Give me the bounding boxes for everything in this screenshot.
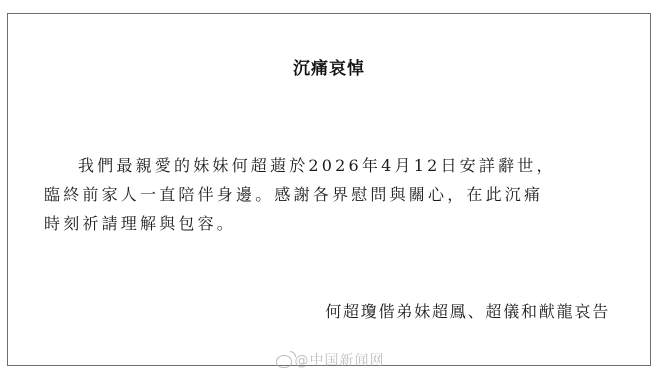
notice-body-line: 臨終前家人一直陪伴身邊。感謝各界慰問與關心，在此沉痛: [44, 180, 624, 209]
notice-body-line: 我們最親愛的妹妹何超蕸於2026年4月12日安詳辭世，: [44, 151, 624, 180]
notice-signature: 何超瓊偕弟妹超鳳、超儀和猷龍哀告: [325, 299, 610, 322]
weibo-icon: [276, 355, 292, 368]
obituary-notice-frame: 沉痛哀悼 我們最親愛的妹妹何超蕸於2026年4月12日安詳辭世， 臨終前家人一直…: [7, 13, 651, 366]
notice-body: 我們最親愛的妹妹何超蕸於2026年4月12日安詳辭世， 臨終前家人一直陪伴身邊。…: [44, 151, 624, 238]
notice-body-line: 時刻祈請理解與包容。: [44, 209, 624, 238]
notice-title: 沉痛哀悼: [8, 54, 650, 79]
watermark-text: @中国新闻网: [295, 353, 385, 369]
source-watermark: @中国新闻网: [0, 350, 660, 370]
